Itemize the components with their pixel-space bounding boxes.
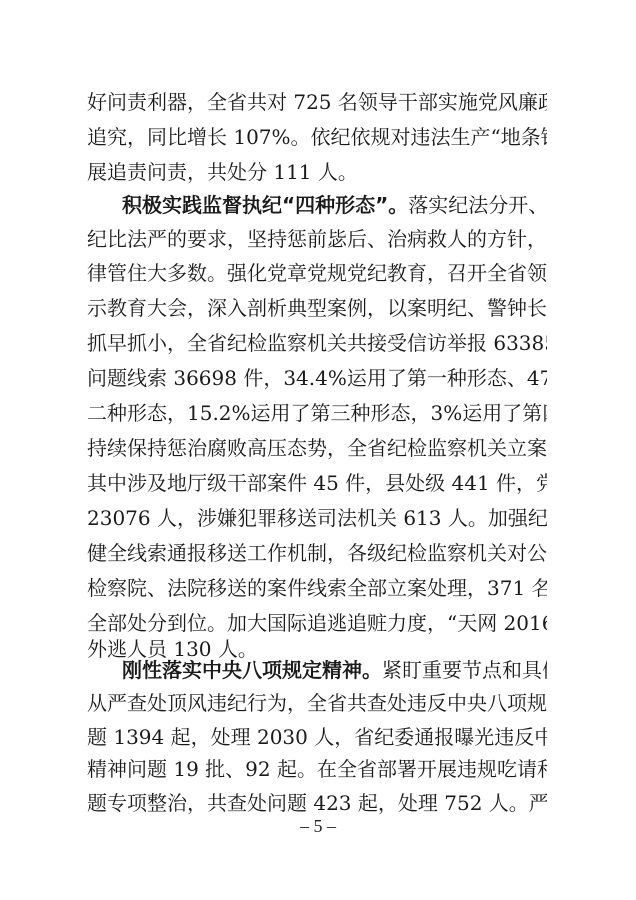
document-page: 好问责利器，全省共对 725 名领导干部实施党风廉政建设责任 追究，同比增长 1…: [0, 0, 636, 900]
body-line: 其中涉及地厅级干部案件 45 件，县处级 441 件，党纪政纪处分: [87, 466, 547, 501]
body-text: 落实纪法分开、纪在法前、: [408, 193, 547, 217]
body-line: 检察院、法院移送的案件线索全部立案处理，371 名“狱中党员”: [87, 571, 547, 606]
section-heading-four-forms: 积极实践监督执纪“四种形态”。: [122, 193, 408, 217]
body-line: 展追责问责，共处分 111 人。: [87, 155, 547, 190]
body-line: 问题线索 36698 件，34.4%运用了第一种形态、47.4%运用了第: [87, 361, 547, 396]
section-heading-eight-rules: 刚性落实中央八项规定精神。: [122, 658, 382, 682]
body-line: 示教育大会，深入剖析典型案例，以案明纪、警钟长鸣。坚持: [87, 291, 547, 326]
body-line: 从严查处顶风违纪行为，全省共查处违反中央八项规定精神问: [87, 686, 547, 721]
section-heading-line: 刚性落实中央八项规定精神。紧盯重要节点和具体问题，: [122, 653, 547, 688]
page-number: – 5 –: [0, 814, 636, 838]
section-heading-line: 积极实践监督执纪“四种形态”。落实纪法分开、纪在法前、: [122, 188, 547, 223]
body-line: 二种形态，15.2%运用了第三种形态，3%运用了第四种形态。: [87, 396, 547, 431]
body-line: 律管住大多数。强化党章党规党纪教育，召开全省领导干部警: [87, 256, 547, 291]
body-line: 好问责利器，全省共对 725 名领导干部实施党风廉政建设责任: [87, 85, 547, 120]
body-line: 持续保持惩治腐败高压态势，全省纪检监察机关立案 24313 件，: [87, 431, 547, 466]
body-line: 健全线索通报移送工作机制，各级纪检监察机关对公安机关、: [87, 536, 547, 571]
body-line: 纪比法严的要求，坚持惩前毖后、治病救人的方针，切实用纪: [87, 222, 547, 257]
body-line: 题 1394 起，处理 2030 人，省纪委通报曝光违反中央八项规定: [87, 720, 547, 755]
body-text: 紧盯重要节点和具体问题，: [382, 658, 547, 682]
body-line: 抓早抓小，全省纪检监察机关共接受信访举报 63385 件，处置: [87, 326, 547, 361]
body-line: 追究，同比增长 107%。依纪依规对违法生产“地条钢”等问题开: [87, 120, 547, 155]
body-line: 精神问题 19 批、92 起。在全省部署开展违规吃请和公款吃喝问: [87, 752, 547, 787]
body-line: 23076 人，涉嫌犯罪移送司法机关 613 人。加强纪法衔接，建立: [87, 501, 547, 536]
